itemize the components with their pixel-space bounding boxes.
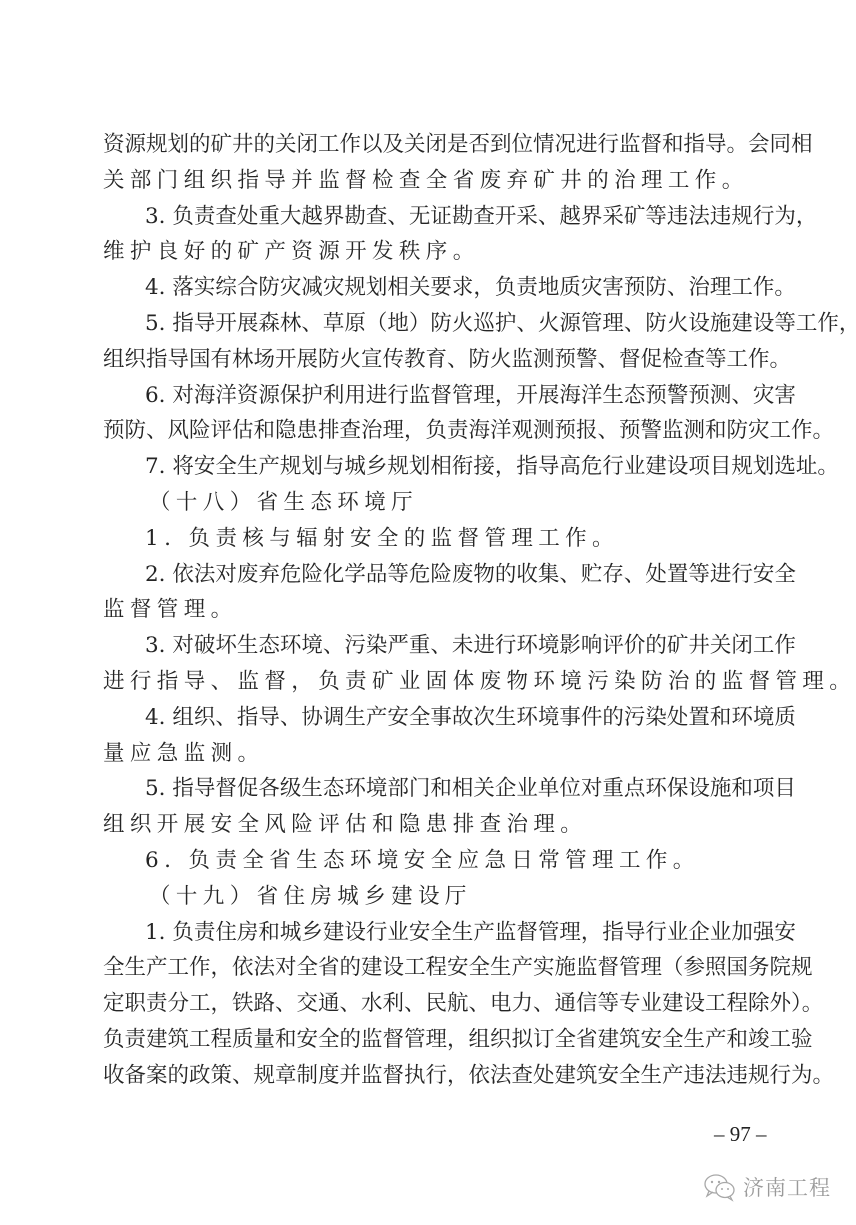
text-line: 6. 对海洋资源保护利用进行监督管理，开展海洋生态预警预测、灾害: [103, 378, 765, 414]
text-line: 定职责分工，铁路、交通、水利、民航、电力、通信等专业建设工程除外）。: [103, 986, 765, 1022]
section-heading: （十九）省住房城乡建设厅: [103, 879, 765, 915]
document-page: 资源规划的矿井的关闭工作以及关闭是否到位情况进行监督和指导。会同相 关部门组织指…: [103, 127, 765, 1094]
text-line: 1. 负责住房和城乡建设行业安全生产监督管理，指导行业企业加强安: [103, 915, 765, 951]
text-line: 资源规划的矿井的关闭工作以及关闭是否到位情况进行监督和指导。会同相: [103, 127, 765, 163]
text-line: 3. 负责查处重大越界勘查、无证勘查开采、越界采矿等违法违规行为，: [103, 199, 765, 235]
text-line: 3. 对破坏生态环境、污染严重、未进行环境影响评价的矿井关闭工作: [103, 628, 765, 664]
text-line: 4. 落实综合防灾减灾规划相关要求，负责地质灾害预防、治理工作。: [103, 270, 765, 306]
text-line: 组织指导国有林场开展防火宣传教育、防火监测预警、督促检查等工作。: [103, 342, 765, 378]
text-line: 2. 依法对废弃危险化学品等危险废物的收集、贮存、处置等进行安全: [103, 557, 765, 593]
text-line: 维护良好的矿产资源开发秩序。: [103, 234, 765, 270]
text-line: 进行指导、监督，负责矿业固体废物环境污染防治的监督管理。: [103, 664, 765, 700]
page-number: – 97 –: [714, 1122, 767, 1147]
watermark-text: 济南工程: [743, 1172, 831, 1202]
text-line: 5. 指导开展森林、草原（地）防火巡护、火源管理、防火设施建设等工作，: [103, 306, 765, 342]
text-line: 6. 负责全省生态环境安全应急日常管理工作。: [103, 843, 765, 879]
text-line: 量应急监测。: [103, 736, 765, 772]
text-line: 7. 将安全生产规划与城乡规划相衔接，指导高危行业建设项目规划选址。: [103, 449, 765, 485]
text-line: 组织开展安全风险评估和隐患排查治理。: [103, 807, 765, 843]
wechat-icon: [703, 1172, 737, 1202]
text-line: 关部门组织指导并监督检查全省废弃矿井的治理工作。: [103, 163, 765, 199]
section-heading: （十八）省生态环境厅: [103, 485, 765, 521]
text-line: 负责建筑工程质量和安全的监督管理，组织拟订全省建筑安全生产和竣工验: [103, 1022, 765, 1058]
text-line: 5. 指导督促各级生态环境部门和相关企业单位对重点环保设施和项目: [103, 771, 765, 807]
text-line: 4. 组织、指导、协调生产安全事故次生环境事件的污染处置和环境质: [103, 700, 765, 736]
text-line: 全生产工作，依法对全省的建设工程安全生产实施监督管理（参照国务院规: [103, 950, 765, 986]
watermark: 济南工程: [703, 1172, 831, 1202]
text-line: 监督管理。: [103, 592, 765, 628]
text-line: 收备案的政策、规章制度并监督执行，依法查处建筑安全生产违法违规行为。: [103, 1058, 765, 1094]
text-line: 1. 负责核与辐射安全的监督管理工作。: [103, 521, 765, 557]
text-line: 预防、风险评估和隐患排查治理，负责海洋观测预报、预警监测和防灾工作。: [103, 413, 765, 449]
